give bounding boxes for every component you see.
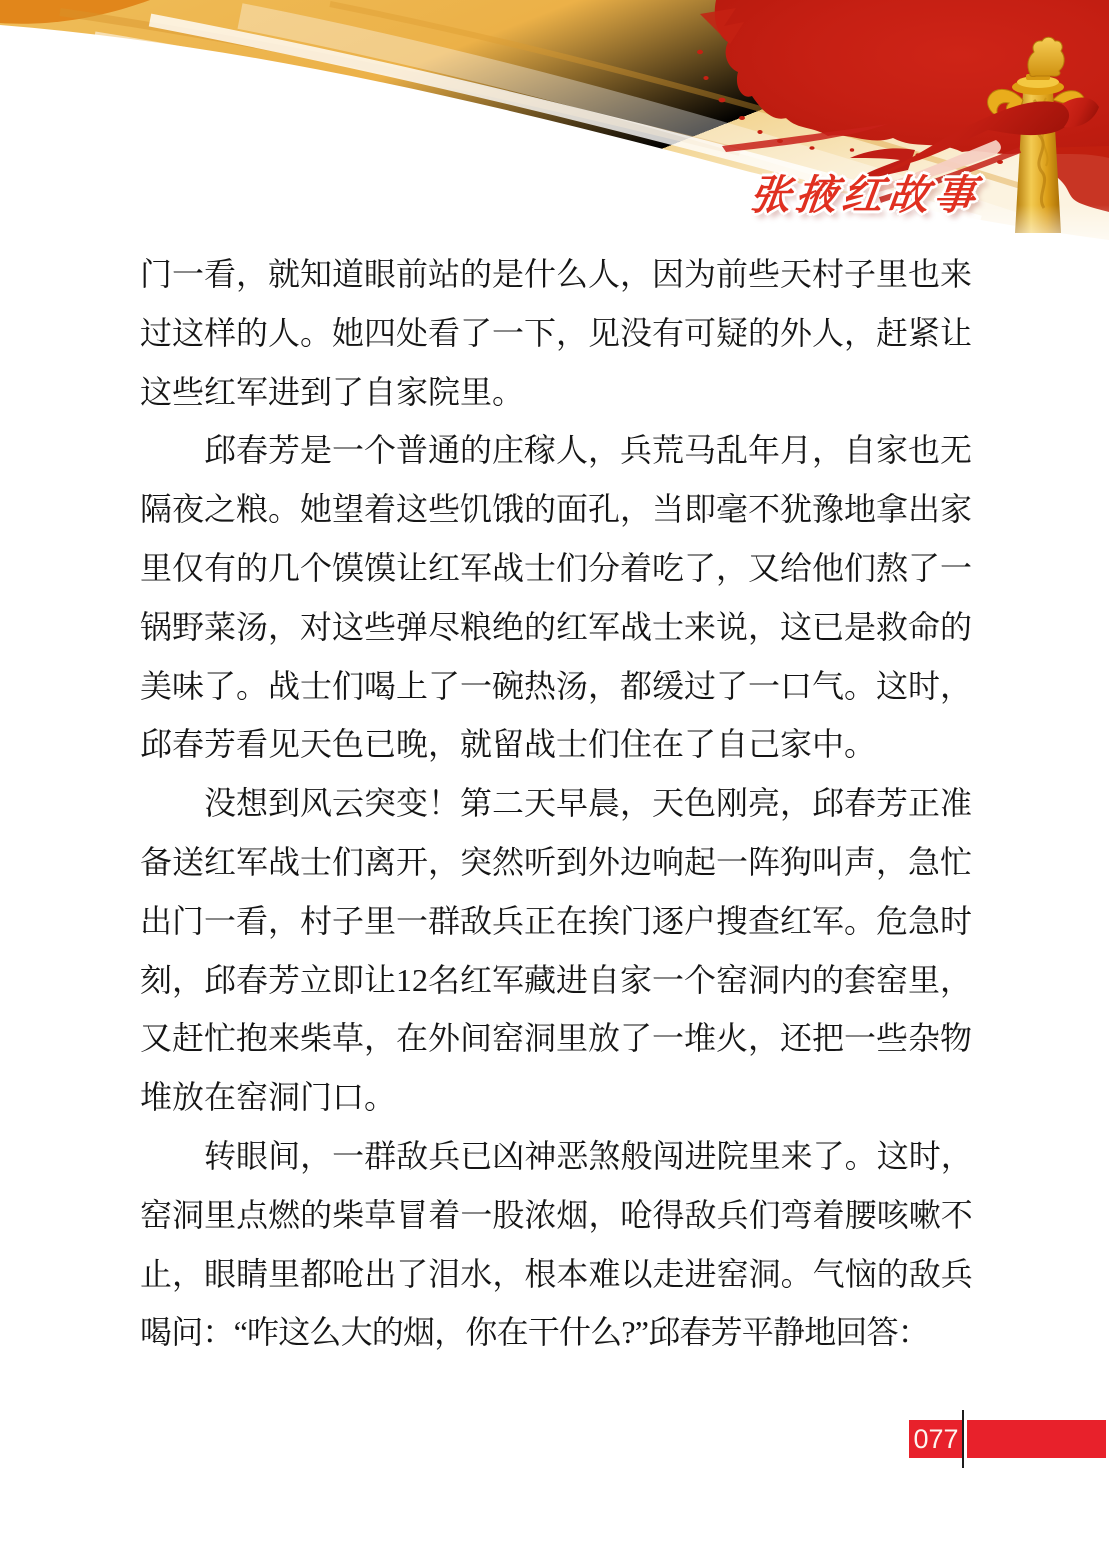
story-text: 门一看，就知道眼前站的是什么人，因为前些天村子里也来过这样的人。她四处看了一下，… [140, 245, 972, 1362]
footer-divider-line [962, 1410, 964, 1468]
story-paragraph: 转眼间，一群敌兵已凶神恶煞般闯进院里来了。这时，窑洞里点燃的柴草冒着一股浓烟，呛… [140, 1127, 972, 1362]
story-paragraph: 门一看，就知道眼前站的是什么人，因为前些天村子里也来过这样的人。她四处看了一下，… [140, 245, 972, 421]
page-number-badge: 077 [909, 1420, 963, 1458]
book-page: 张掖红故事 门一看，就知道眼前站的是什么人，因为前些天村子里也来过这样的人。她四… [0, 0, 1109, 1550]
story-paragraph: 没想到风云突变！第二天早晨，天色刚亮，邱春芳正准备送红军战士们离开，突然听到外边… [140, 774, 972, 1127]
story-paragraph: 邱春芳是一个普通的庄稼人，兵荒马乱年月，自家也无隔夜之粮。她望着这些饥饿的面孔，… [140, 421, 972, 774]
book-series-title: 张掖红故事 [747, 172, 983, 218]
footer-red-bar [967, 1420, 1106, 1458]
header-artwork [0, 0, 1109, 262]
